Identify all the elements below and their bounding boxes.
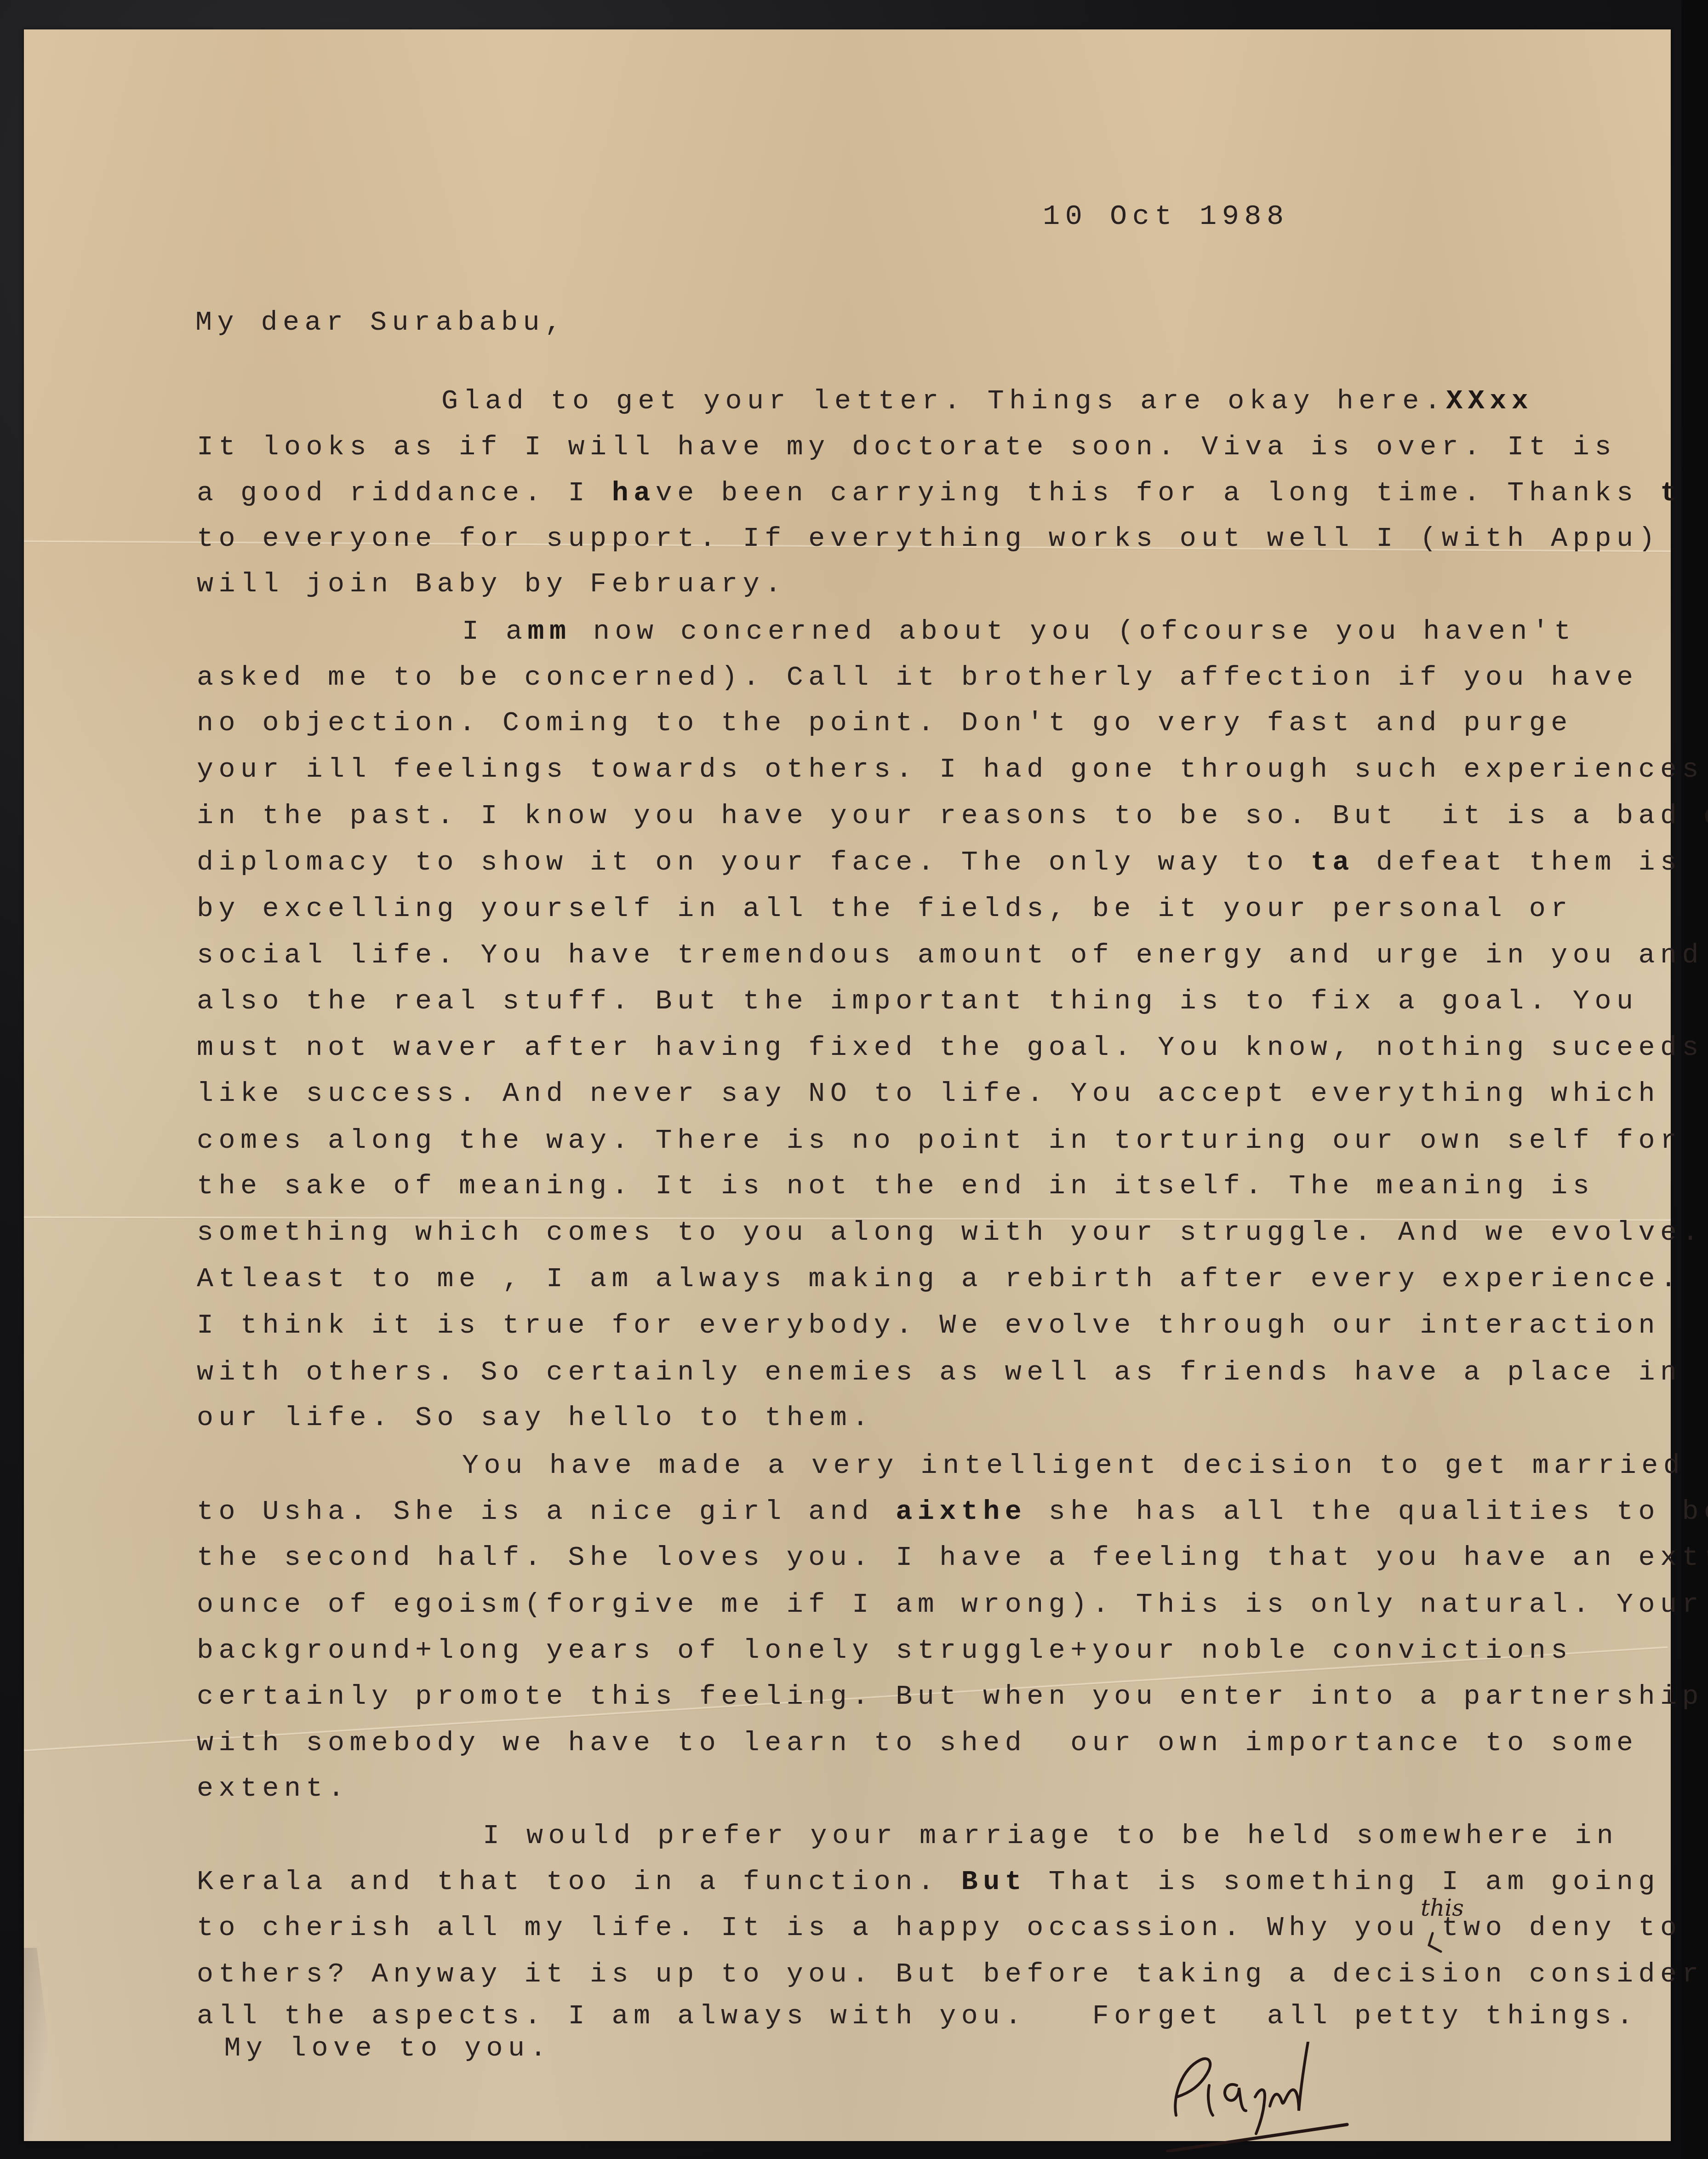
line-text: defeat them is: [1354, 847, 1682, 878]
body-line-18: the sake of meaning. It is not the end i…: [197, 1173, 1594, 1200]
line-text: diplomacy to show it on your face. The o…: [197, 847, 1311, 878]
body-line-4: to everyone for support. If everything w…: [197, 525, 1660, 553]
body-line-27: ounce of egoism(forgive me if I am wrong…: [197, 1591, 1704, 1619]
body-line-30: with somebody we have to learn to shed o…: [197, 1729, 1638, 1757]
letter-date: 10 Oct 1988: [1043, 202, 1289, 231]
line-text: to cherish all my life. It is a happy oc…: [197, 1913, 1617, 1944]
line-text: to Usha. She is a nice girl and: [197, 1496, 896, 1528]
body-line-2: It looks as if I will have my doctorate …: [197, 434, 1617, 461]
line-text: a good riddance. I: [197, 478, 612, 509]
struck-text: But: [961, 1867, 1027, 1898]
body-line-19: something which comes to you along with …: [197, 1219, 1704, 1247]
struck-text: ha: [612, 478, 656, 509]
body-line-28: background+long years of lonely struggle…: [197, 1637, 1573, 1665]
closing-line: My love to you.: [202, 2035, 552, 2062]
struck-text: dip: [1704, 801, 1708, 832]
line-text: she has all the qualities to be: [1027, 1496, 1708, 1528]
body-line-7: asked me to be concerned). Call it broth…: [197, 664, 1638, 692]
body-line-36: all the aspects. I am always with you. F…: [197, 2003, 1638, 2030]
line-text: Glad to get your letter. Things are okay…: [441, 386, 1446, 417]
line-text: I a: [462, 616, 528, 647]
body-line-17: comes along the way. There is no point i…: [197, 1127, 1682, 1155]
body-line-6: I amm now concerned about you (ofcourse …: [462, 618, 1576, 646]
body-line-31: extent.: [197, 1775, 350, 1803]
struck-text: aixthe: [896, 1496, 1027, 1528]
body-line-15: must not waver after having fixed the go…: [197, 1034, 1704, 1062]
salutation: My dear Surababu,: [195, 309, 567, 337]
body-line-21: I think it is true for everybody. We evo…: [197, 1312, 1660, 1340]
body-line-11: diplomacy to show it on your face. The o…: [197, 849, 1682, 876]
folded-corner: [24, 1948, 61, 2141]
handwritten-insert: this: [1421, 1895, 1464, 1921]
body-line-1: Glad to get your letter. Things are okay…: [441, 388, 1533, 415]
handwritten-signature: [1140, 2042, 1398, 2152]
body-line-26: the second half. She loves you. I have a…: [197, 1544, 1708, 1572]
struck-text: ta: [1311, 847, 1354, 878]
body-line-5: will join Baby by February.: [197, 571, 787, 598]
body-line-20: Atleast to me , I am always making a reb…: [197, 1266, 1682, 1293]
body-line-29: certainly promote this feeling. But when…: [197, 1683, 1704, 1711]
line-text: That is something I am going: [1027, 1867, 1660, 1898]
body-line-24: You have made a very intelligent decisio…: [462, 1452, 1685, 1480]
body-line-14: also the real stuff. But the important t…: [197, 988, 1638, 1015]
struck-text: mm: [528, 616, 571, 647]
line-text: to: [1617, 1913, 1682, 1944]
body-line-12: by excelling yourself in all the fields,…: [197, 895, 1573, 923]
body-line-22: with others. So certainly enemies as wel…: [197, 1359, 1682, 1386]
body-line-13: social life. You have tremendous amount …: [197, 942, 1704, 969]
body-line-33: Kerala and that too in a function. But T…: [197, 1868, 1660, 1896]
body-line-10: in the past. I know you have your reason…: [197, 802, 1708, 830]
body-line-32: I would prefer your marriage to be held …: [483, 1822, 1618, 1850]
insertion-caret-icon: [1425, 1931, 1444, 1954]
body-line-25: to Usha. She is a nice girl and aixthe s…: [197, 1498, 1708, 1526]
struck-text: XXxx: [1446, 386, 1533, 417]
body-line-3: a good riddance. I have been carrying th…: [197, 480, 1682, 507]
line-text: now concerned about you (ofcourse you ha…: [571, 616, 1576, 647]
body-line-35: others? Anyway it is up to you. But befo…: [197, 1961, 1704, 1988]
body-line-23: our life. So say hello to them.: [197, 1404, 874, 1432]
line-text: ve been carrying this for a long time. T…: [656, 478, 1660, 509]
body-line-16: like success. And never say NO to life. …: [197, 1080, 1660, 1108]
line-text: Kerala and that too in a function.: [197, 1867, 961, 1898]
struck-text: t: [1660, 478, 1682, 509]
body-line-8: no objection. Coming to the point. Don't…: [197, 710, 1573, 737]
body-line-9: your ill feelings towards others. I had …: [197, 756, 1704, 784]
line-text: in the past. I know you have your reason…: [197, 801, 1704, 832]
